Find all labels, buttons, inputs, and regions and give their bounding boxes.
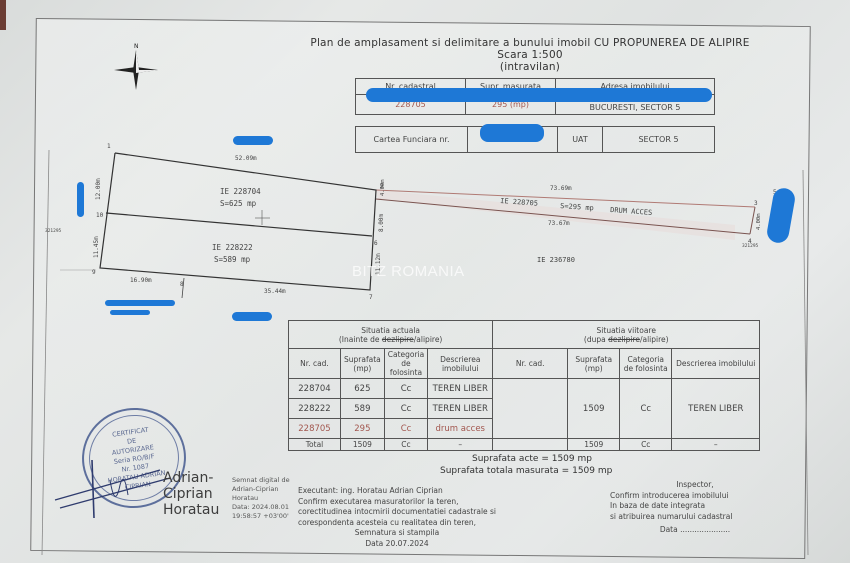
document-title: Plan de amplasament si delimitare a bunu… xyxy=(300,37,760,73)
surface-measured: Suprafata totala masurata = 1509 mp xyxy=(440,465,740,477)
redaction-mark xyxy=(77,182,84,217)
executant-block: Executant: ing. Horatau Adrian Ciprian C… xyxy=(298,486,496,549)
redaction-mark xyxy=(110,310,150,315)
redaction-mark xyxy=(105,300,175,306)
title-scale: Scara 1:500 xyxy=(300,49,760,61)
col-nr-cad-future: Nr. cad. xyxy=(493,349,568,379)
redaction-mark xyxy=(366,88,712,102)
col-category-future: Categoria de folosinta xyxy=(620,349,672,379)
surface-acts: Suprafata acte = 1509 mp xyxy=(440,453,740,465)
signer-name: Adrian- Ciprian Horatau xyxy=(163,470,219,518)
land-book-label: Cartea Funciara nr. xyxy=(356,127,468,153)
col-description: Descrierea imobilului xyxy=(428,349,493,379)
title-main: Plan de amplasament si delimitare a bunu… xyxy=(300,37,760,49)
uat-value: SECTOR 5 xyxy=(603,127,715,153)
photo-edge xyxy=(0,0,6,30)
inspector-block: Inspector, Confirm introducerea imobilul… xyxy=(610,480,780,536)
situation-table: Situatia actuala (Inainte de dezlipire/a… xyxy=(288,320,760,451)
title-zone: (intravilan) xyxy=(300,61,760,73)
current-situation-header: Situatia actuala (Inainte de dezlipire/a… xyxy=(289,321,493,349)
redaction-mark xyxy=(480,124,544,142)
svg-text:N: N xyxy=(134,43,139,50)
future-situation-header: Situatia viitoare (dupa dezlipire/alipir… xyxy=(493,321,760,349)
total-row: Total 1509 Cc – 1509 Cc – xyxy=(289,439,760,451)
uat-label: UAT xyxy=(558,127,603,153)
col-category: Categoria de folosinta xyxy=(384,349,428,379)
surface-totals: Suprafata acte = 1509 mp Suprafata total… xyxy=(440,453,740,477)
redaction-mark xyxy=(232,312,272,321)
col-surface: Suprafata (mp) xyxy=(341,349,385,379)
col-nr-cad: Nr. cad. xyxy=(289,349,341,379)
col-surface-future: Suprafata (mp) xyxy=(568,349,620,379)
north-arrow-icon: N xyxy=(112,42,160,94)
col-description-future: Descrierea imobilului xyxy=(672,349,760,379)
digital-signature-info: Semnat digital de Adrian-Ciprian Horatau… xyxy=(232,476,290,521)
watermark: BITZ ROMANIA xyxy=(352,263,465,280)
redaction-mark xyxy=(233,136,273,145)
table-row: 228704 625 Cc TEREN LIBER 1509 Cc TEREN … xyxy=(289,379,760,399)
